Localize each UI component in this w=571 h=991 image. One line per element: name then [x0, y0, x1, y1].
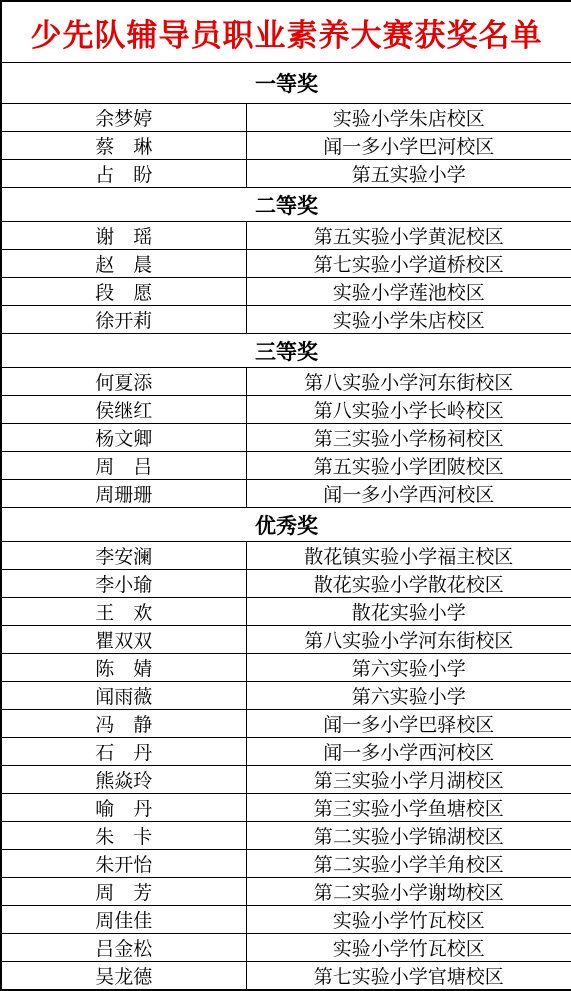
winner-school-cell: 第六实验小学 — [246, 654, 571, 682]
winner-school-cell: 闻一多小学西河校区 — [246, 738, 571, 766]
winner-school-cell: 第三实验小学鱼塘校区 — [246, 794, 571, 822]
winner-school-cell: 第二实验小学锦湖校区 — [246, 822, 571, 850]
award-section-header: 一等奖 — [1, 63, 571, 104]
winner-school-cell: 第三实验小学杨祠校区 — [246, 424, 571, 452]
winner-name-cell: 闻雨薇 — [1, 682, 246, 710]
winner-row: 蔡 琳闻一多小学巴河校区 — [1, 132, 571, 160]
winner-school-cell: 实验小学竹瓦校区 — [246, 906, 571, 934]
winner-name-cell: 石 丹 — [1, 738, 246, 766]
winner-name-cell: 熊焱玲 — [1, 766, 246, 794]
page-title: 少先队辅导员职业素养大赛获奖名单 — [1, 1, 571, 63]
winner-row: 吕金松实验小学竹瓦校区 — [1, 934, 571, 962]
winner-row: 陈 婧第六实验小学 — [1, 654, 571, 682]
winner-row: 周 吕第五实验小学团陂校区 — [1, 452, 571, 480]
winner-school-cell: 实验小学竹瓦校区 — [246, 934, 571, 962]
winner-name-cell: 徐开莉 — [1, 306, 246, 334]
award-table-body: 少先队辅导员职业素养大赛获奖名单 一等奖余梦婷实验小学朱店校区蔡 琳闻一多小学巴… — [1, 1, 571, 990]
winner-school-cell: 第七实验小学官塘校区 — [246, 962, 571, 991]
document-page: { "title": "少先队辅导员职业素养大赛获奖名单", "theme": … — [0, 0, 571, 946]
winner-name-cell: 何夏添 — [1, 368, 246, 396]
winner-name-cell: 谢 瑶 — [1, 222, 246, 250]
winner-school-cell: 散花实验小学 — [246, 598, 571, 626]
winner-school-cell: 第八实验小学长岭校区 — [246, 396, 571, 424]
winner-school-cell: 第五实验小学黄泥校区 — [246, 222, 571, 250]
winner-name-cell: 王 欢 — [1, 598, 246, 626]
winner-name-cell: 周珊珊 — [1, 480, 246, 508]
winner-school-cell: 闻一多小学巴驿校区 — [246, 710, 571, 738]
winner-row: 朱 卡第二实验小学锦湖校区 — [1, 822, 571, 850]
winner-name-cell: 朱开怡 — [1, 850, 246, 878]
winner-row: 赵 晨第七实验小学道桥校区 — [1, 250, 571, 278]
award-section-header: 优秀奖 — [1, 508, 571, 542]
winner-row: 熊焱玲第三实验小学月湖校区 — [1, 766, 571, 794]
winner-school-cell: 第八实验小学河东街校区 — [246, 626, 571, 654]
winner-row: 何夏添第八实验小学河东街校区 — [1, 368, 571, 396]
winner-school-cell: 实验小学莲池校区 — [246, 278, 571, 306]
winner-name-cell: 蔡 琳 — [1, 132, 246, 160]
winner-name-cell: 赵 晨 — [1, 250, 246, 278]
winner-row: 周珊珊闻一多小学西河校区 — [1, 480, 571, 508]
award-section-row: 一等奖 — [1, 63, 571, 104]
winner-name-cell: 侯继红 — [1, 396, 246, 424]
award-section-row: 二等奖 — [1, 188, 571, 222]
winner-name-cell: 周佳佳 — [1, 906, 246, 934]
winner-row: 侯继红第八实验小学长岭校区 — [1, 396, 571, 424]
winner-row: 喻 丹第三实验小学鱼塘校区 — [1, 794, 571, 822]
winner-school-cell: 散花实验小学散花校区 — [246, 570, 571, 598]
winner-name-cell: 吴龙德 — [1, 962, 246, 991]
winner-school-cell: 第二实验小学羊角校区 — [246, 850, 571, 878]
winner-row: 石 丹闻一多小学西河校区 — [1, 738, 571, 766]
award-section-header: 二等奖 — [1, 188, 571, 222]
winner-school-cell: 第五实验小学团陂校区 — [246, 452, 571, 480]
winner-row: 李小瑜散花实验小学散花校区 — [1, 570, 571, 598]
winner-name-cell: 余梦婷 — [1, 104, 246, 132]
winner-row: 徐开莉实验小学朱店校区 — [1, 306, 571, 334]
award-section-row: 三等奖 — [1, 334, 571, 368]
winner-name-cell: 冯 静 — [1, 710, 246, 738]
winner-row: 吴龙德第七实验小学官塘校区 — [1, 962, 571, 991]
winner-row: 瞿双双第八实验小学河东街校区 — [1, 626, 571, 654]
winner-name-cell: 杨文卿 — [1, 424, 246, 452]
winner-row: 占 盼第五实验小学 — [1, 160, 571, 188]
winner-name-cell: 李安澜 — [1, 542, 246, 570]
winner-row: 闻雨薇第六实验小学 — [1, 682, 571, 710]
winner-name-cell: 周 芳 — [1, 878, 246, 906]
winner-school-cell: 闻一多小学西河校区 — [246, 480, 571, 508]
winner-row: 谢 瑶第五实验小学黄泥校区 — [1, 222, 571, 250]
winner-school-cell: 第七实验小学道桥校区 — [246, 250, 571, 278]
winner-row: 冯 静闻一多小学巴驿校区 — [1, 710, 571, 738]
winner-name-cell: 周 吕 — [1, 452, 246, 480]
winner-row: 朱开怡第二实验小学羊角校区 — [1, 850, 571, 878]
award-table: 少先队辅导员职业素养大赛获奖名单 一等奖余梦婷实验小学朱店校区蔡 琳闻一多小学巴… — [0, 0, 571, 991]
winner-name-cell: 吕金松 — [1, 934, 246, 962]
winner-school-cell: 散花镇实验小学福主校区 — [246, 542, 571, 570]
winner-row: 段 愿实验小学莲池校区 — [1, 278, 571, 306]
winner-school-cell: 第八实验小学河东街校区 — [246, 368, 571, 396]
award-section-header: 三等奖 — [1, 334, 571, 368]
winner-school-cell: 实验小学朱店校区 — [246, 306, 571, 334]
winner-school-cell: 第五实验小学 — [246, 160, 571, 188]
winner-name-cell: 喻 丹 — [1, 794, 246, 822]
winner-row: 杨文卿第三实验小学杨祠校区 — [1, 424, 571, 452]
winner-name-cell: 朱 卡 — [1, 822, 246, 850]
winner-name-cell: 段 愿 — [1, 278, 246, 306]
winner-school-cell: 实验小学朱店校区 — [246, 104, 571, 132]
winner-row: 周 芳第二实验小学谢坳校区 — [1, 878, 571, 906]
winner-name-cell: 占 盼 — [1, 160, 246, 188]
winner-row: 余梦婷实验小学朱店校区 — [1, 104, 571, 132]
winner-name-cell: 李小瑜 — [1, 570, 246, 598]
award-section-row: 优秀奖 — [1, 508, 571, 542]
title-row: 少先队辅导员职业素养大赛获奖名单 — [1, 1, 571, 63]
winner-row: 周佳佳实验小学竹瓦校区 — [1, 906, 571, 934]
winner-name-cell: 陈 婧 — [1, 654, 246, 682]
winner-row: 王 欢散花实验小学 — [1, 598, 571, 626]
winner-name-cell: 瞿双双 — [1, 626, 246, 654]
winner-row: 李安澜散花镇实验小学福主校区 — [1, 542, 571, 570]
winner-school-cell: 第三实验小学月湖校区 — [246, 766, 571, 794]
winner-school-cell: 闻一多小学巴河校区 — [246, 132, 571, 160]
winner-school-cell: 第二实验小学谢坳校区 — [246, 878, 571, 906]
winner-school-cell: 第六实验小学 — [246, 682, 571, 710]
